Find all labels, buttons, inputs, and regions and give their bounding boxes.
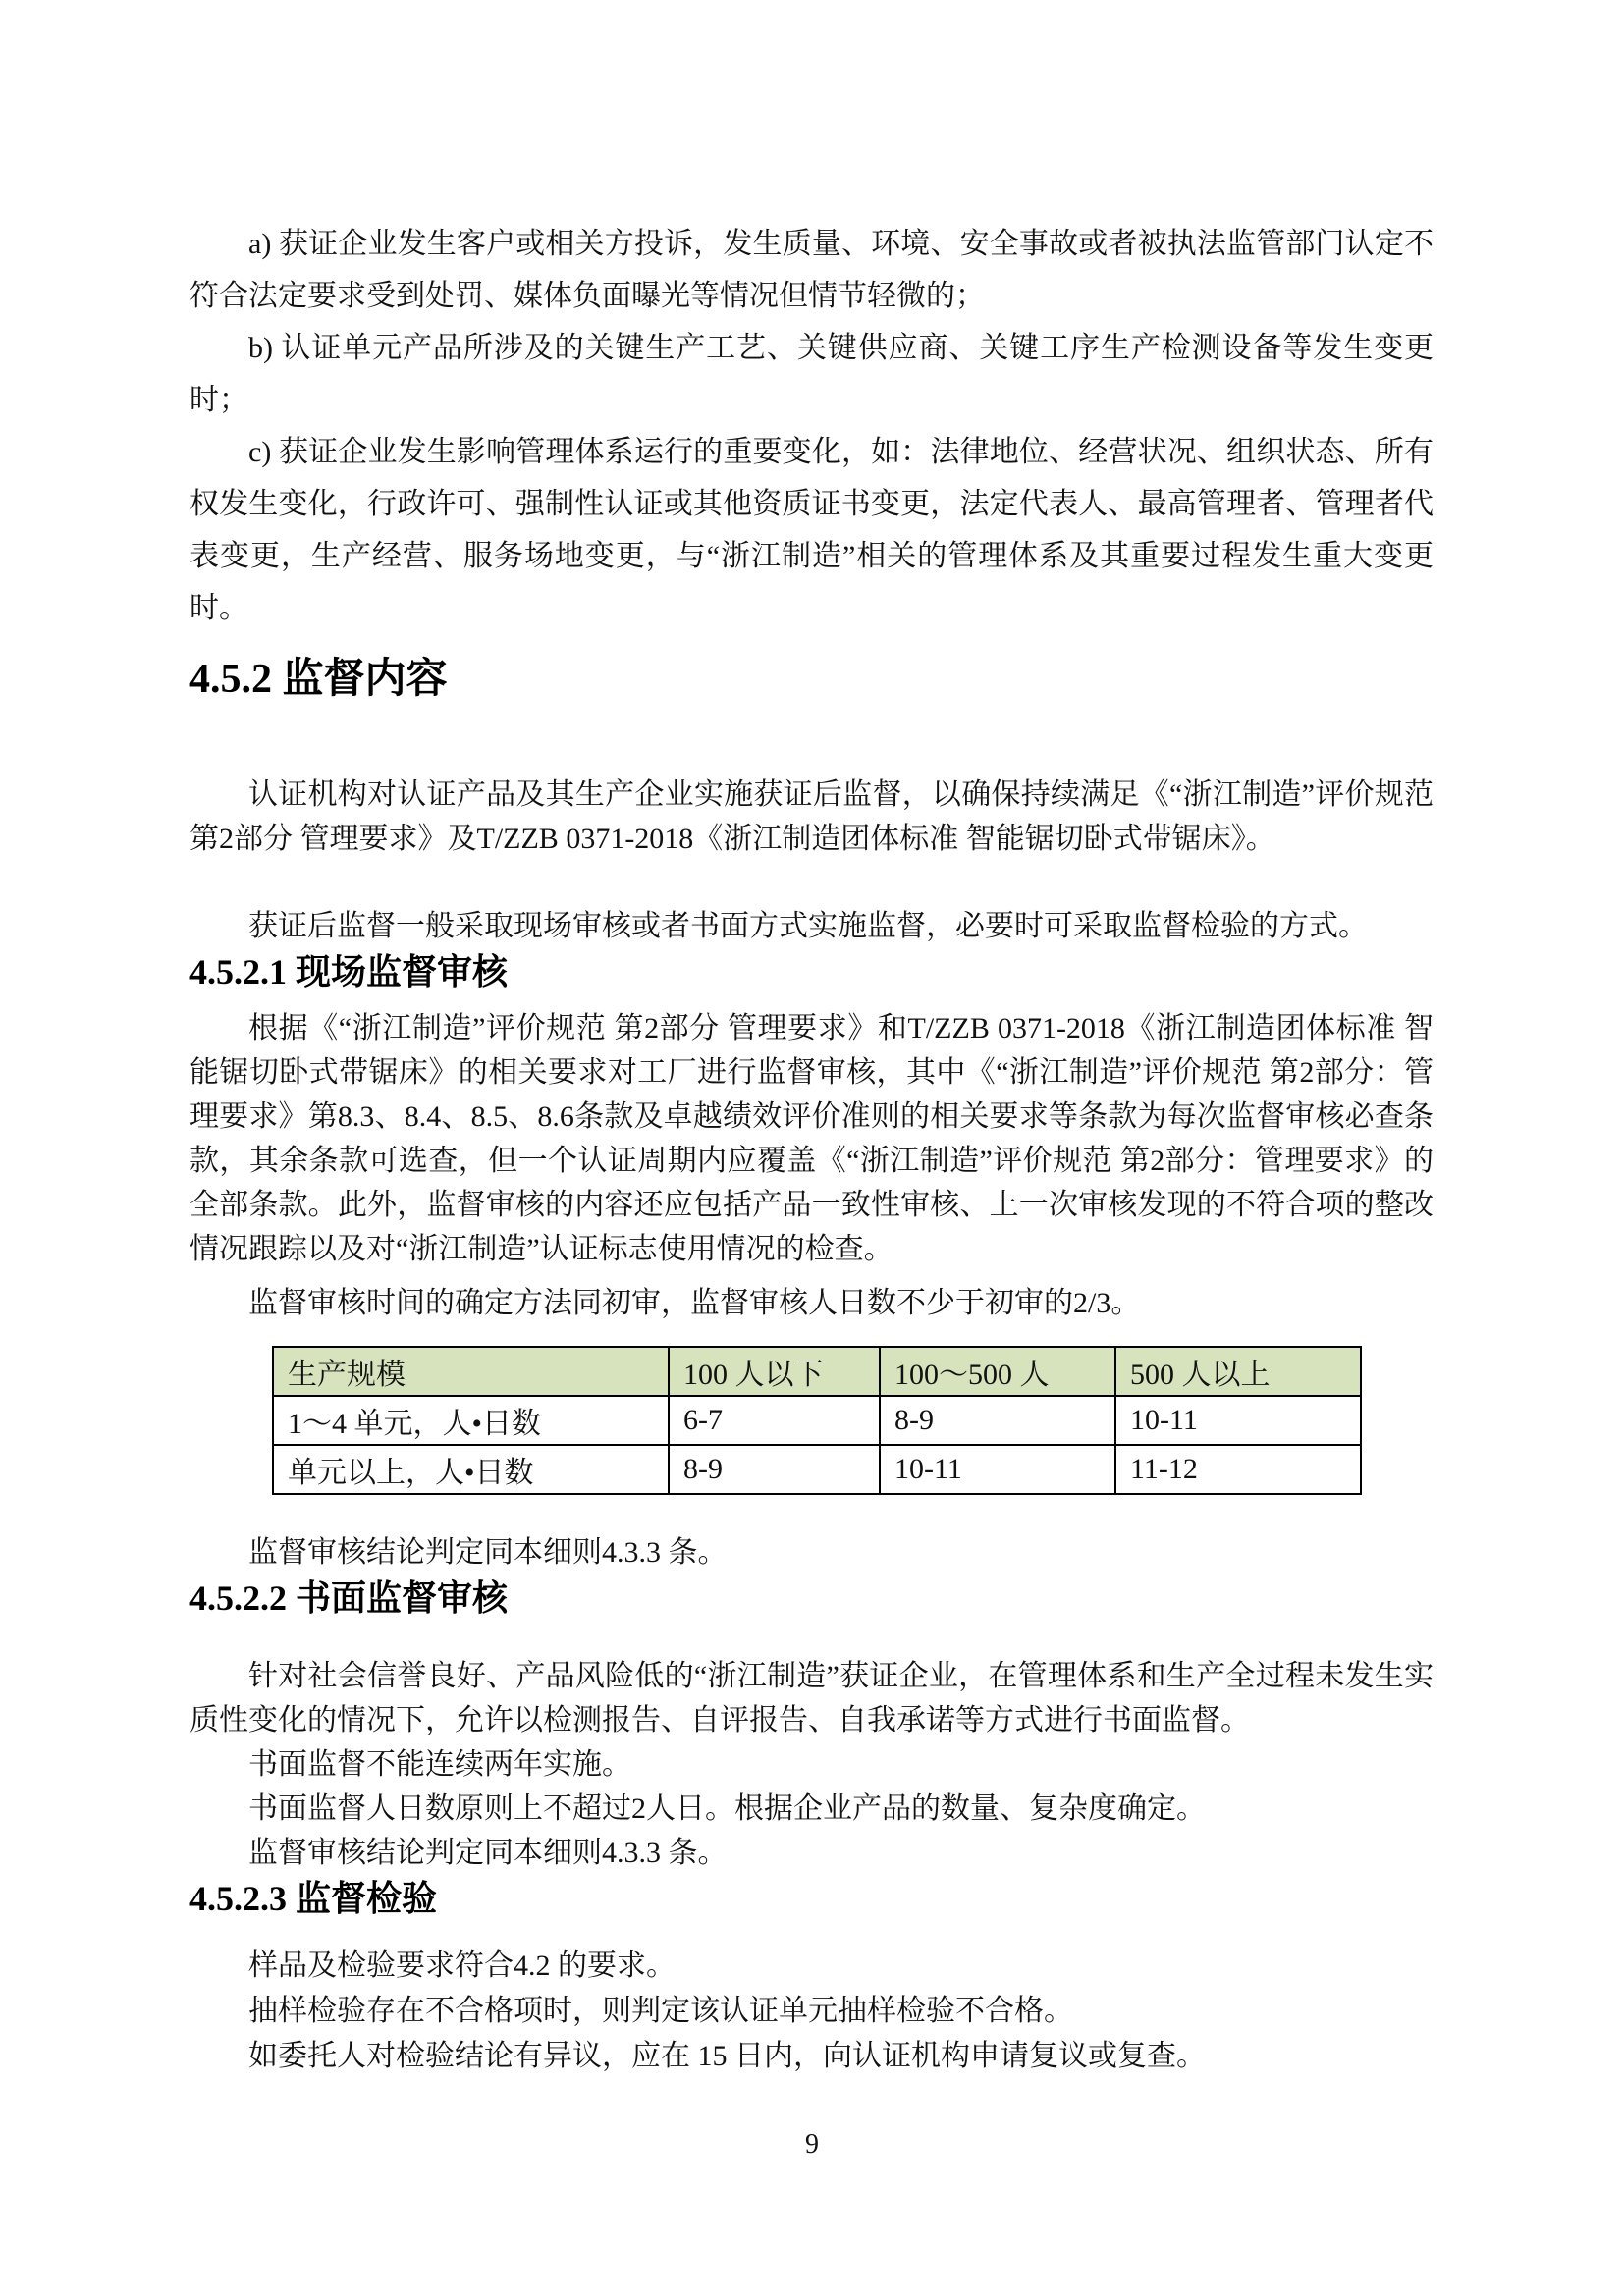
table-header-row: 生产规模 100 人以下 100～500 人 500 人以上	[273, 1347, 1361, 1396]
table-cell: 6-7	[669, 1396, 880, 1445]
heading-4-5-2-1: 4.5.2.1 现场监督审核	[189, 948, 1434, 995]
supervision-mandays-table: 生产规模 100 人以下 100～500 人 500 人以上 1～4 单元，人•…	[272, 1346, 1362, 1495]
paragraph-452-2: 获证后监督一般采取现场审核或者书面方式实施监督，必要时可采取监督检验的方式。	[189, 904, 1434, 948]
heading-4-5-2-3: 4.5.2.3 监督检验	[189, 1875, 1434, 1922]
paragraph-4521-3: 监督审核结论判定同本细则4.3.3 条。	[189, 1530, 1434, 1575]
paragraph-4522-3: 书面监督人日数原则上不超过2人日。根据企业产品的数量、复杂度确定。	[189, 1787, 1434, 1831]
table-cell: 单元以上，人•日数	[273, 1445, 669, 1494]
table-row: 1～4 单元，人•日数 6-7 8-9 10-11	[273, 1396, 1361, 1445]
paragraph-4523-2: 抽样检验存在不合格项时，则判定该认证单元抽样检验不合格。	[189, 1989, 1434, 2033]
table-cell: 1～4 单元，人•日数	[273, 1396, 669, 1445]
paragraph-4522-4: 监督审核结论判定同本细则4.3.3 条。	[189, 1831, 1434, 1875]
paragraph-item-a: a) 获证企业发生客户或相关方投诉，发生质量、环境、安全事故或者被执法监管部门认…	[189, 218, 1434, 322]
paragraph-4523-1: 样品及检验要求符合4.2 的要求。	[189, 1944, 1434, 1988]
paragraph-item-c: c) 获证企业发生影响管理体系运行的重要变化，如：法律地位、经营状况、组织状态、…	[189, 426, 1434, 634]
paragraph-4523-3: 如委托人对检验结论有异议，应在 15 日内，向认证机构申请复议或复查。	[189, 2034, 1434, 2078]
table-header-cell: 100 人以下	[669, 1347, 880, 1396]
paragraph-4522-1: 针对社会信誉良好、产品风险低的“浙江制造”获证企业，在管理体系和生产全过程未发生…	[189, 1654, 1434, 1742]
table-cell: 8-9	[880, 1396, 1115, 1445]
paragraph-item-b: b) 认证单元产品所涉及的关键生产工艺、关键供应商、关键工序生产检测设备等发生变…	[189, 322, 1434, 426]
table-cell: 10-11	[1115, 1396, 1361, 1445]
table-cell: 10-11	[880, 1445, 1115, 1494]
table-header-cell: 生产规模	[273, 1347, 669, 1396]
page-number: 9	[0, 2128, 1624, 2162]
heading-4-5-2-2: 4.5.2.2 书面监督审核	[189, 1575, 1434, 1622]
table-cell: 8-9	[669, 1445, 880, 1494]
paragraph-4521-1: 根据《“浙江制造”评价规范 第2部分 管理要求》和T/ZZB 0371-2018…	[189, 1006, 1434, 1271]
table-cell: 11-12	[1115, 1445, 1361, 1494]
paragraph-452-1: 认证机构对认证产品及其生产企业实施获证后监督，以确保持续满足《“浙江制造”评价规…	[189, 773, 1434, 861]
table-header-cell: 500 人以上	[1115, 1347, 1361, 1396]
heading-4-5-2: 4.5.2 监督内容	[189, 652, 1434, 707]
table-header-cell: 100～500 人	[880, 1347, 1115, 1396]
paragraph-4522-2: 书面监督不能连续两年实施。	[189, 1742, 1434, 1787]
document-page: a) 获证企业发生客户或相关方投诉，发生质量、环境、安全事故或者被执法监管部门认…	[0, 0, 1624, 2296]
table-row: 单元以上，人•日数 8-9 10-11 11-12	[273, 1445, 1361, 1494]
paragraph-4521-2: 监督审核时间的确定方法同初审，监督审核人日数不少于初审的2/3。	[189, 1281, 1434, 1325]
